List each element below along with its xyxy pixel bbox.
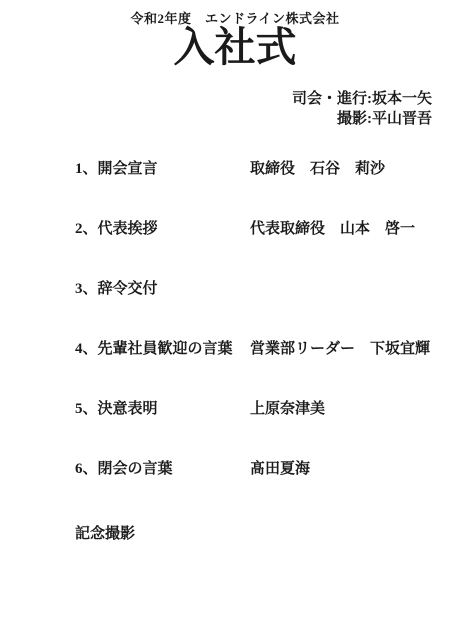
program-item-6: 6、閉会の言葉 髙田夏海 <box>75 461 310 478</box>
program-item-1: 1、開会宣言 取締役 石谷 莉沙 <box>75 161 385 178</box>
commemorative-photo-note: 記念撮影 <box>75 526 135 543</box>
program-item-2: 2、代表挨拶 代表取締役 山本 啓一 <box>75 221 415 238</box>
program-item-6-presenter: 髙田夏海 <box>250 461 310 478</box>
ceremony-program-document: 令和2年度 エンドライン株式会社 入社式 司会・進行:坂本一矢 撮影:平山晋吾 … <box>0 0 470 639</box>
page-title: 入社式 <box>0 24 470 71</box>
program-item-1-presenter: 取締役 石谷 莉沙 <box>250 161 385 178</box>
program-item-4-label: 4、先輩社員歓迎の言葉 <box>75 341 250 358</box>
program-item-4: 4、先輩社員歓迎の言葉 営業部リーダー 下坂宜輝 <box>75 341 430 358</box>
program-item-3-label: 3、辞令交付 <box>75 281 250 298</box>
program-item-5-label: 5、決意表明 <box>75 401 250 418</box>
mc-credit: 司会・進行:坂本一矢 <box>292 89 432 109</box>
program-item-4-presenter: 営業部リーダー 下坂宜輝 <box>250 341 430 358</box>
program-item-1-label: 1、開会宣言 <box>75 161 250 178</box>
program-item-5: 5、決意表明 上原奈津美 <box>75 401 325 418</box>
program-item-3: 3、辞令交付 <box>75 281 250 298</box>
program-item-2-presenter: 代表取締役 山本 啓一 <box>250 221 415 238</box>
credits-block: 司会・進行:坂本一矢 撮影:平山晋吾 <box>292 89 432 129</box>
photographer-credit: 撮影:平山晋吾 <box>292 109 432 129</box>
program-item-6-label: 6、閉会の言葉 <box>75 461 250 478</box>
program-item-5-presenter: 上原奈津美 <box>250 401 325 418</box>
program-item-2-label: 2、代表挨拶 <box>75 221 250 238</box>
